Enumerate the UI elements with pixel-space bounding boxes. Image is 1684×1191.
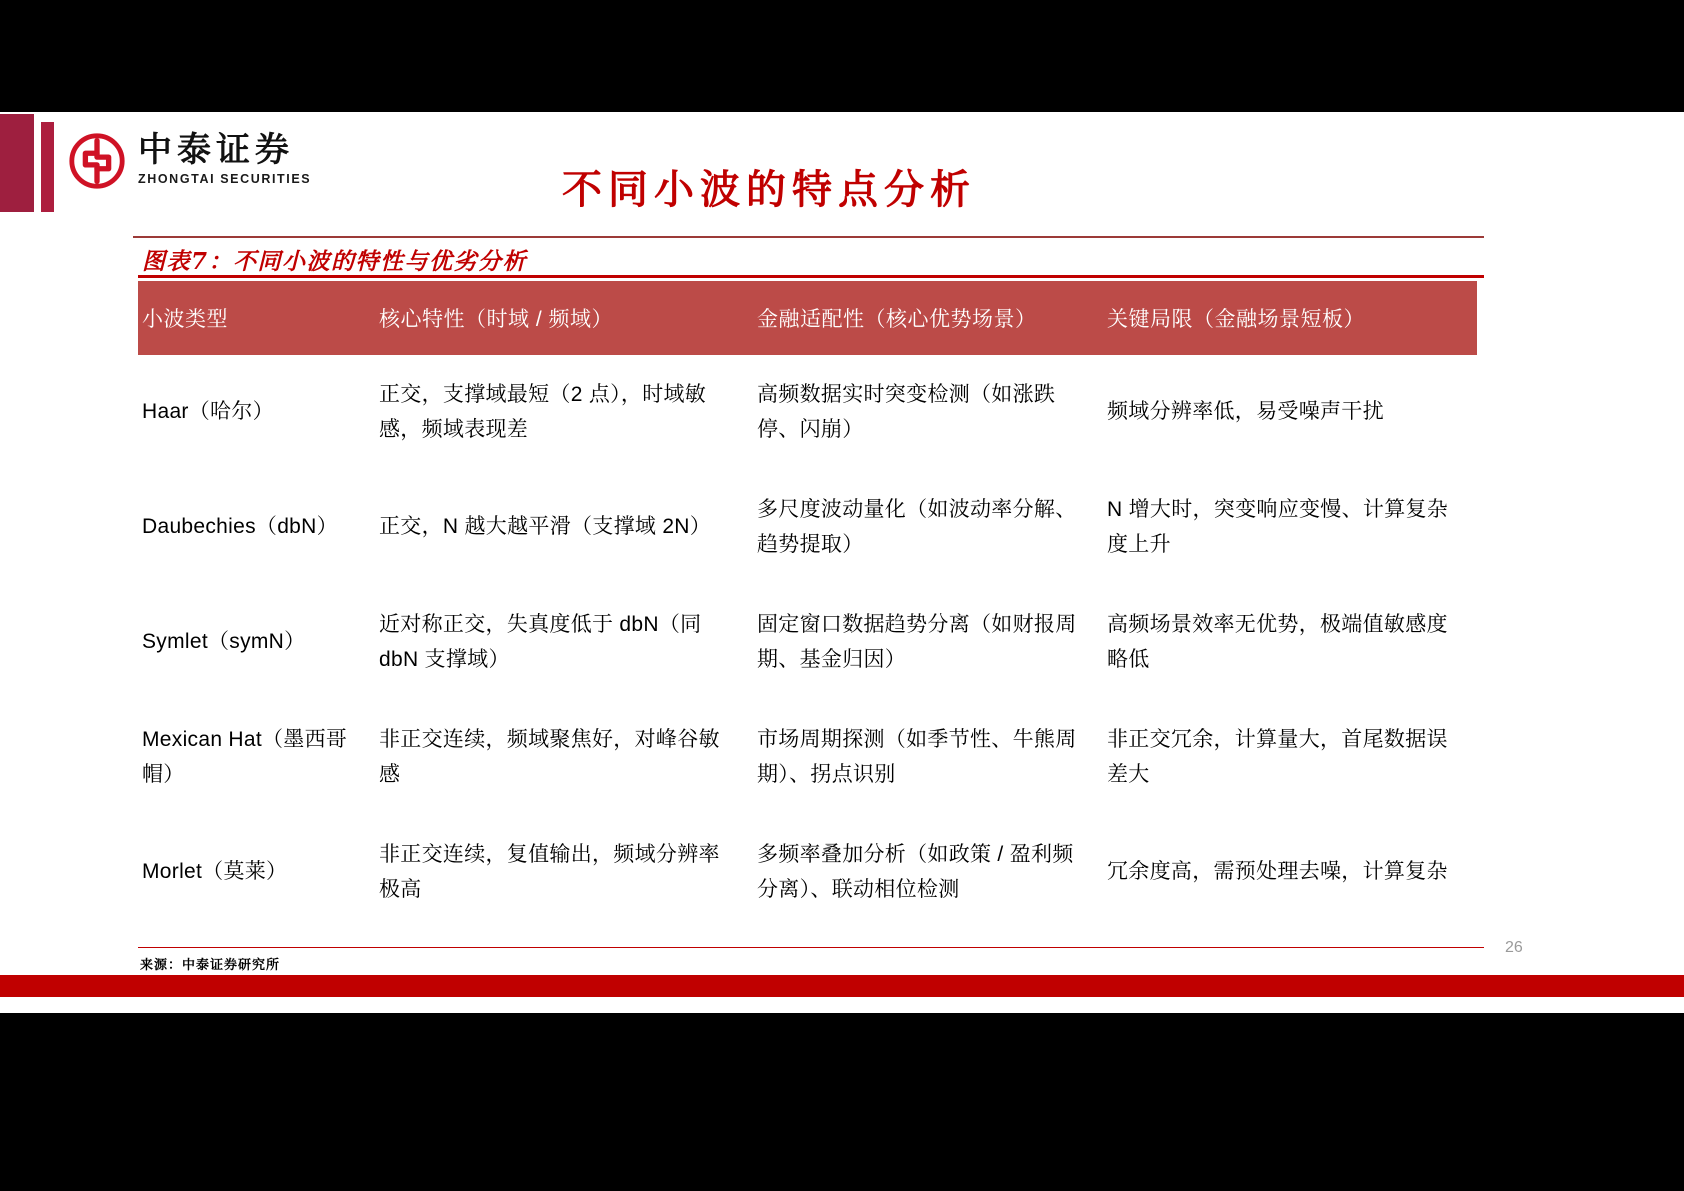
table-cell: 市场周期探测（如季节性、牛熊周期）、拐点识别 [753,700,1103,815]
page-title: 不同小波的特点分析 [562,158,976,215]
table-cell: 高频场景效率无优势，极端值敏感度略低 [1103,585,1477,700]
wavelet-name-cell: Daubechies（dbN） [138,470,375,585]
table-cell: 正交，N 越大越平滑（支撑域 2N） [375,470,753,585]
table-cell: 多频率叠加分析（如政策 / 盈利频分离）、联动相位检测 [753,815,1103,930]
table-cell: 非正交连续，复值输出，频域分辨率极高 [375,815,753,930]
table-cell: 非正交连续，频域聚焦好，对峰谷敏感 [375,700,753,815]
table-cell: N 增大时，突变响应变慢、计算复杂度上升 [1103,470,1477,585]
zhongtai-logo-icon [66,130,128,192]
table-row: Daubechies（dbN） 正交，N 越大越平滑（支撑域 2N） 多尺度波动… [138,470,1477,585]
wavelet-name-cell: Morlet（莫莱） [138,815,375,930]
table-cell: 固定窗口数据趋势分离（如财报周期、基金归因） [753,585,1103,700]
table-cell: 高频数据实时突变检测（如涨跌停、闪崩） [753,355,1103,470]
table-cell: 近对称正交，失真度低于 dbN（同 dbN 支撑域） [375,585,753,700]
table-cell: 正交，支撑域最短（2 点），时域敏感，频域表现差 [375,355,753,470]
logo-name-en: ZHONGTAI SECURITIES [138,172,311,186]
column-header-financial-fit: 金融适配性（核心优势场景） [753,281,1103,355]
table-row: Haar（哈尔） 正交，支撑域最短（2 点），时域敏感，频域表现差 高频数据实时… [138,355,1477,470]
table-row: Symlet（symN） 近对称正交，失真度低于 dbN（同 dbN 支撑域） … [138,585,1477,700]
logo-text: 中泰证券 ZHONGTAI SECURITIES [138,128,311,186]
column-header-core-traits: 核心特性（时域 / 频域） [375,281,753,355]
source-note: 来源：中泰证券研究所 [140,954,280,973]
source-rule [138,947,1484,948]
table-cell: 多尺度波动量化（如波动率分解、趋势提取） [753,470,1103,585]
wavelet-comparison-table: 小波类型 核心特性（时域 / 频域） 金融适配性（核心优势场景） 关键局限（金融… [138,281,1477,930]
wavelet-name-cell: Symlet（symN） [138,585,375,700]
wavelet-name-cell: Mexican Hat（墨西哥帽） [138,700,375,815]
top-letterbox [0,0,1684,112]
column-header-wavelet-type: 小波类型 [138,281,375,355]
table-row: Morlet（莫莱） 非正交连续，复值输出，频域分辨率极高 多频率叠加分析（如政… [138,815,1477,930]
table-cell: 冗余度高，需预处理去噪，计算复杂 [1103,815,1477,930]
zhongtai-logo: 中泰证券 ZHONGTAI SECURITIES [66,128,311,192]
column-header-key-limits: 关键局限（金融场景短板） [1103,281,1477,355]
table-cell: 非正交冗余，计算量大，首尾数据误差大 [1103,700,1477,815]
logo-name-cn: 中泰证券 [138,132,311,169]
table-header-row: 小波类型 核心特性（时域 / 频域） 金融适配性（核心优势场景） 关键局限（金融… [138,281,1477,355]
wavelet-name-cell: Haar（哈尔） [138,355,375,470]
bottom-letterbox [0,1013,1684,1191]
slide: 中泰证券 ZHONGTAI SECURITIES 不同小波的特点分析 图表7：不… [0,112,1684,1013]
caption-top-rule [133,236,1484,238]
left-ribbon-outer [0,114,34,212]
page-number: 26 [1505,939,1523,957]
bottom-accent-bar [0,975,1684,997]
table-cell: 频域分辨率低，易受噪声干扰 [1103,355,1477,470]
caption-bottom-rule [138,275,1484,278]
figure-caption: 图表7：不同小波的特性与优劣分析 [142,243,527,276]
left-ribbon-inner [41,122,54,212]
table-row: Mexican Hat（墨西哥帽） 非正交连续，频域聚焦好，对峰谷敏感 市场周期… [138,700,1477,815]
